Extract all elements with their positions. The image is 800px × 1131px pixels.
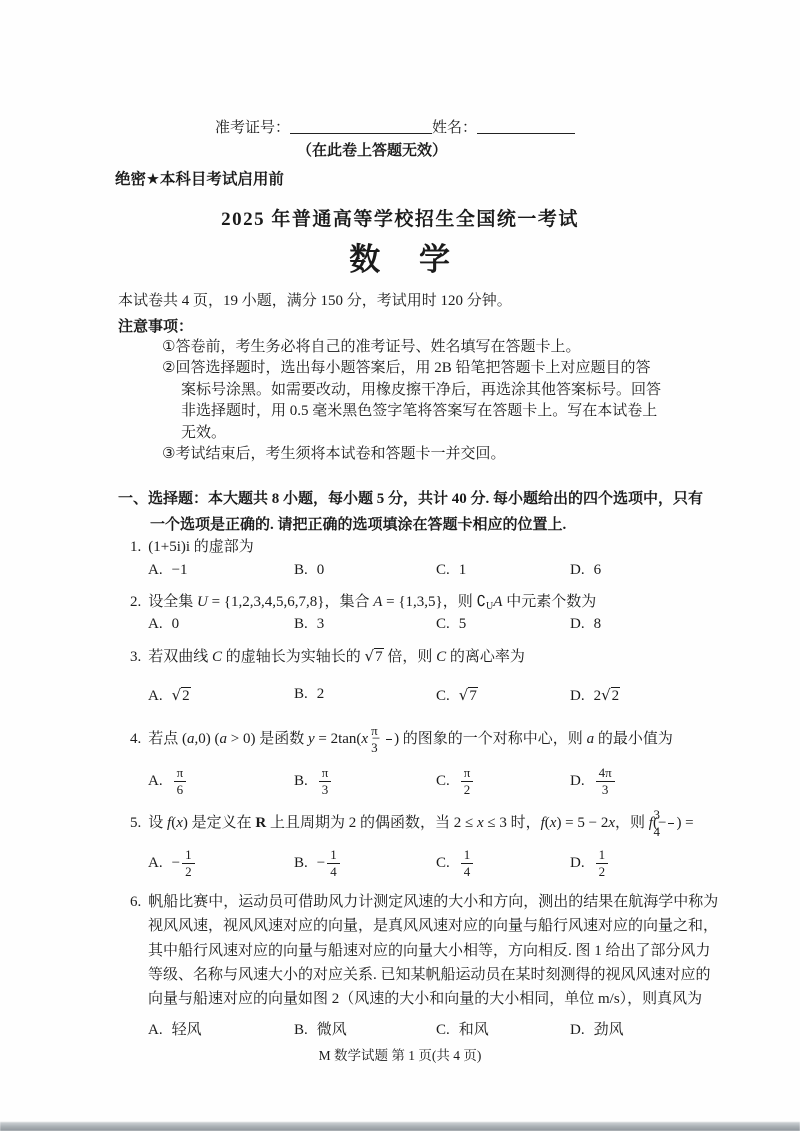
option-value: 微风 [317,1022,347,1038]
question-text: 若双曲线 C 的虚轴长为实轴长的 √7 倍，则 C 的离心率为 [148,649,525,665]
option-value: √2 [172,688,191,704]
scan-edge-strip [0,1122,800,1131]
option-label: A. [148,1022,163,1038]
question-3-stem: 3.若双曲线 C 的虚轴长为实轴长的 √7 倍，则 C 的离心率为 [130,646,525,668]
notice-item-1: ①答卷前，考生务必将自己的准考证号、姓名填写在答题卡上。 [162,337,661,358]
notice-text: 考试结束后，考生须将本试卷和答题卡一并交回。 [175,446,505,462]
option-label: C. [436,616,450,632]
option-value: 2√2 [594,688,621,704]
option-c: C.√7 [436,686,478,705]
option-b: B.−14 [294,848,342,878]
option-label: B. [294,855,308,871]
option-b: B.2 [294,686,324,703]
option-value: π6 [172,773,189,789]
option-label: D. [570,616,585,632]
option-c: C.14 [436,848,475,878]
option-label: B. [294,1022,308,1038]
question-6-stem: 6.帆船比赛中，运动员可借助风力计测定风速的大小和方向，测出的结果在航海学中称为… [130,890,718,1011]
option-a: A.轻风 [148,1018,202,1039]
exam-no-label: 准考证号： [215,120,290,136]
option-d: D.8 [570,616,601,633]
option-value: 14 [459,855,476,871]
question-5-options: A.−12 B.−14 C.14 D.12 [0,848,800,890]
option-value: −14 [317,855,342,871]
paper-info: 本试卷共 4 页，19 小题，满分 150 分，考试用时 120 分钟。 [118,289,512,310]
question-text: 设全集 U = {1,2,3,4,5,6,7,8}，集合 A = {1,3,5}… [148,594,596,610]
question-number: 1. [130,539,141,555]
option-value: 轻风 [172,1022,202,1038]
option-c: C.π2 [436,766,475,796]
question-text: 若点 (a,0) (a > 0) 是函数 y = 2tan(x − π3) 的图… [148,731,673,747]
option-d: D.2√2 [570,686,620,705]
notice-marker: ③ [162,446,175,462]
notice-item-2: ②回答选择题时，选出每小题答案后，用 2B 铅笔把答题卡上对应题目的答 案标号涂… [162,358,661,444]
option-value: 8 [594,616,602,632]
option-label: C. [436,773,450,789]
option-value: √7 [459,688,478,704]
question-4-options: A.π6 B.π3 C.π2 D.4π3 [0,766,800,808]
subject-title: 数学 [0,234,800,279]
invalid-note: （在此卷上答题无效） [0,139,744,160]
notice-item-3: ③考试结束后，考生须将本试卷和答题卡一并交回。 [162,444,661,465]
option-label: D. [570,855,585,871]
option-label: C. [436,855,450,871]
question-number: 5. [130,815,141,831]
option-d: D.6 [570,562,601,579]
option-c: C.1 [436,562,466,579]
option-c: C.和风 [436,1018,489,1039]
option-label: D. [570,562,585,578]
question-2-stem: 2.设全集 U = {1,2,3,4,5,6,7,8}，集合 A = {1,3,… [130,591,596,614]
option-value: 4π3 [594,773,617,789]
option-value: −12 [172,855,197,871]
option-label: B. [294,773,308,789]
option-value: 3 [317,616,325,632]
name-field [477,120,575,134]
notes-list: ①答卷前，考生务必将自己的准考证号、姓名填写在答题卡上。 ②回答选择题时，选出每… [162,337,661,465]
option-b: B.0 [294,562,324,579]
notice-text: 答卷前，考生务必将自己的准考证号、姓名填写在答题卡上。 [175,339,580,355]
question-3-options: A.√2 B.2 C.√7 D.2√2 [0,686,800,728]
option-label: A. [148,688,163,704]
option-label: B. [294,616,308,632]
option-label: B. [294,686,308,702]
question-number: 2. [130,594,141,610]
option-value: 0 [317,562,325,578]
option-a: A.−1 [148,562,188,579]
option-value: 2 [317,686,325,702]
option-b: B.3 [294,616,324,633]
option-value: 0 [172,616,180,632]
notes-title: 注意事项： [118,315,193,336]
option-d: D.12 [570,848,610,878]
option-c: C.5 [436,616,466,633]
option-b: B.微风 [294,1018,347,1039]
option-value: 6 [594,562,602,578]
option-label: C. [436,688,450,704]
option-label: D. [570,773,585,789]
question-text: (1+5i)i 的虚部为 [148,539,254,555]
option-b: B.π3 [294,766,333,796]
option-value: π2 [459,773,476,789]
exam-no-field [290,120,432,134]
notice-marker: ① [162,339,175,355]
question-5-stem: 5.设 f(x) 是定义在 R 上且周期为 2 的偶函数，当 2 ≤ x ≤ 3… [130,808,694,838]
option-label: C. [436,1022,450,1038]
exam-paper-page: 准考证号：姓名： （在此卷上答题无效） 绝密★本科目考试启用前 2025 年普通… [0,0,800,1131]
page-footer: M 数学试题 第 1 页(共 4 页) [0,1044,800,1064]
question-number: 3. [130,649,141,665]
question-text: 帆船比赛中，运动员可借助风力计测定风速的大小和方向，测出的结果在航海学中称为 视… [148,894,718,1007]
option-label: A. [148,855,163,871]
option-value: 12 [594,855,611,871]
question-number: 6. [130,894,141,910]
option-value: 1 [459,562,467,578]
option-value: 和风 [459,1022,489,1038]
option-label: A. [148,773,163,789]
option-a: A.π6 [148,766,188,796]
question-text: 设 f(x) 是定义在 R 上且周期为 2 的偶函数，当 2 ≤ x ≤ 3 时… [148,815,693,831]
secrecy-notice: 绝密★本科目考试启用前 [115,167,284,189]
question-number: 4. [130,731,141,747]
option-value: −1 [172,562,188,578]
option-label: B. [294,562,308,578]
option-label: D. [570,688,585,704]
option-value: 劲风 [594,1022,624,1038]
exam-id-row: 准考证号：姓名： [215,116,575,137]
notice-marker: ② [162,360,175,376]
option-label: D. [570,1022,585,1038]
option-a: A.−12 [148,848,197,878]
option-value: 5 [459,616,467,632]
option-d: D.4π3 [570,766,617,796]
option-a: A.√2 [148,686,191,705]
option-d: D.劲风 [570,1018,624,1039]
option-a: A.0 [148,616,179,633]
notice-text: 回答选择题时，选出每小题答案后，用 2B 铅笔把答题卡上对应题目的答 案标号涂黑… [175,360,661,440]
page-title: 2025 年普通高等学校招生全国统一考试 [0,204,800,231]
name-label: 姓名： [432,120,477,136]
option-label: C. [436,562,450,578]
option-label: A. [148,562,163,578]
question-1-stem: 1.(1+5i)i 的虚部为 [130,537,254,558]
question-4-stem: 4.若点 (a,0) (a > 0) 是函数 y = 2tan(x − π3) … [130,724,673,754]
option-value: π3 [317,773,334,789]
option-label: A. [148,616,163,632]
section-header: 一、选择题：本大题共 8 小题，每小题 5 分，共计 40 分. 每小题给出的四… [118,486,703,538]
